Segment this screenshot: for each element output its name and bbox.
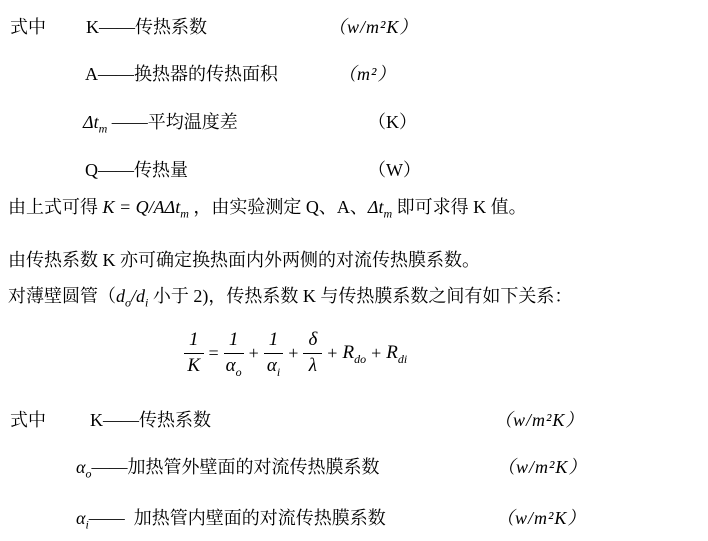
subscript-do: do [354, 352, 366, 366]
k-eq-seg2: ，由实验测定 Q、A、 [189, 197, 368, 217]
alpha-i-symbol: α [267, 355, 277, 376]
frac-numerator: 1 [184, 329, 204, 354]
paragraph-film-coefficient: 由传热系数 K 亦可确定换热面内外两侧的对流传热膜系数。 [0, 246, 708, 274]
tube-seg1: 对薄壁圆管（ [8, 286, 116, 306]
plus-sign: + [288, 343, 298, 364]
subscript-i: i [277, 365, 280, 379]
dtm-desc: ——平均温度差 [107, 112, 238, 132]
k-equation-text: 由上式可得 K = Q/AΔtm ，由实验测定 Q、A、Δtm 即可求得 K 值… [8, 193, 527, 221]
subscript-o: o [236, 365, 242, 379]
term-k-label: K——传热系数 [86, 13, 207, 41]
term-alpha-i-unit: （w/m²K） [496, 504, 586, 532]
resistance-formula: 1 K = 1 αo + 1 αi + δ λ + Rdo + Rdi [184, 329, 407, 378]
equals-sign: = [209, 343, 219, 364]
term-row-dtm: Δtm ——平均温度差 （K） [0, 108, 708, 136]
paragraph-thin-wall-tube: 对薄壁圆管（do/di 小于 2)，传热系数 K 与传热膜系数之间有如下关系： [0, 282, 708, 310]
term-a-unit: （m²） [338, 60, 396, 88]
d-outer-symbol: d [116, 286, 125, 306]
R-symbol: R [342, 342, 354, 363]
term-alpha-i-label: αi—— 加热管内壁面的对流传热膜系数 [76, 504, 386, 532]
term-dtm-label: Δtm ——平均温度差 [83, 108, 238, 136]
k-eq-inline-math: K = Q/AΔt [103, 197, 181, 217]
dtm-symbol: Δt [83, 112, 99, 132]
subscript-di: di [398, 352, 407, 366]
subscript-m: m [99, 122, 108, 136]
plus-sign: + [327, 343, 337, 364]
term-alpha-o-unit: （w/m²K） [497, 453, 587, 481]
frac-numerator: δ [303, 329, 322, 354]
frac-delta-over-lambda: δ λ [303, 329, 322, 378]
fouling-resistance-outer: Rdo [342, 342, 366, 364]
frac-numerator: 1 [264, 329, 284, 354]
frac-denominator: λ [307, 354, 319, 378]
subscript-m: m [180, 207, 189, 221]
k-eq-dtm: Δt [368, 197, 384, 217]
term-dtm-unit: （K） [368, 108, 417, 136]
terms-prefix-top: 式中 [10, 13, 46, 41]
subscript-m: m [383, 207, 392, 221]
alpha-i-desc: —— 加热管内壁面的对流传热膜系数 [89, 508, 386, 528]
alpha-o-desc: ——加热管外壁面的对流传热膜系数 [91, 457, 379, 477]
term-row-alpha-i: αi—— 加热管内壁面的对流传热膜系数 （w/m²K） [0, 504, 708, 532]
frac-denominator: αo [224, 354, 244, 378]
film-coefficient-text: 由传热系数 K 亦可确定换热面内外两侧的对流传热膜系数。 [8, 246, 480, 274]
term-k-unit: （w/m²K） [328, 13, 418, 41]
term-k-label: K——传热系数 [90, 406, 211, 434]
plus-sign: + [249, 343, 259, 364]
d-inner-symbol: d [136, 286, 145, 306]
plus-sign: + [371, 343, 381, 364]
frac-denominator: αi [265, 354, 282, 378]
term-row-alpha-o: αo——加热管外壁面的对流传热膜系数 （w/m²K） [0, 453, 708, 481]
term-a-label: A——换热器的传热面积 [85, 60, 278, 88]
alpha-o-symbol: α [226, 355, 236, 376]
term-q-unit: （W） [368, 156, 421, 184]
frac-denominator: K [185, 354, 202, 378]
term-row-a: A——换热器的传热面积 （m²） [0, 60, 708, 88]
frac-numerator: 1 [224, 329, 244, 354]
paragraph-k-equation: 由上式可得 K = Q/AΔtm ，由实验测定 Q、A、Δtm 即可求得 K 值… [0, 193, 708, 221]
term-k-unit: （w/m²K） [494, 406, 584, 434]
frac-1-over-alpha-o: 1 αo [224, 329, 244, 378]
term-q-label: Q——传热量 [85, 156, 188, 184]
term-alpha-o-label: αo——加热管外壁面的对流传热膜系数 [76, 453, 379, 481]
tube-seg2: 小于 2)，传热系数 K 与传热膜系数之间有如下关系： [148, 286, 572, 306]
fouling-resistance-inner: Rdi [386, 342, 407, 364]
term-row-k-top: 式中 K——传热系数 （w/m²K） [0, 13, 708, 41]
frac-1-over-alpha-i: 1 αi [264, 329, 284, 378]
k-eq-seg1: 由上式可得 [8, 197, 103, 217]
terms-prefix-bottom: 式中 [10, 406, 46, 434]
term-row-k-bottom: 式中 K——传热系数 （w/m²K） [0, 406, 708, 434]
R-symbol: R [386, 342, 398, 363]
k-eq-seg3: 即可求得 K 值。 [392, 197, 527, 217]
thin-wall-tube-text: 对薄壁圆管（do/di 小于 2)，传热系数 K 与传热膜系数之间有如下关系： [8, 282, 572, 310]
term-row-q: Q——传热量 （W） [0, 156, 708, 184]
frac-1-over-K: 1 K [184, 329, 204, 378]
document-page: 式中 K——传热系数 （w/m²K） A——换热器的传热面积 （m²） Δtm … [0, 0, 708, 541]
